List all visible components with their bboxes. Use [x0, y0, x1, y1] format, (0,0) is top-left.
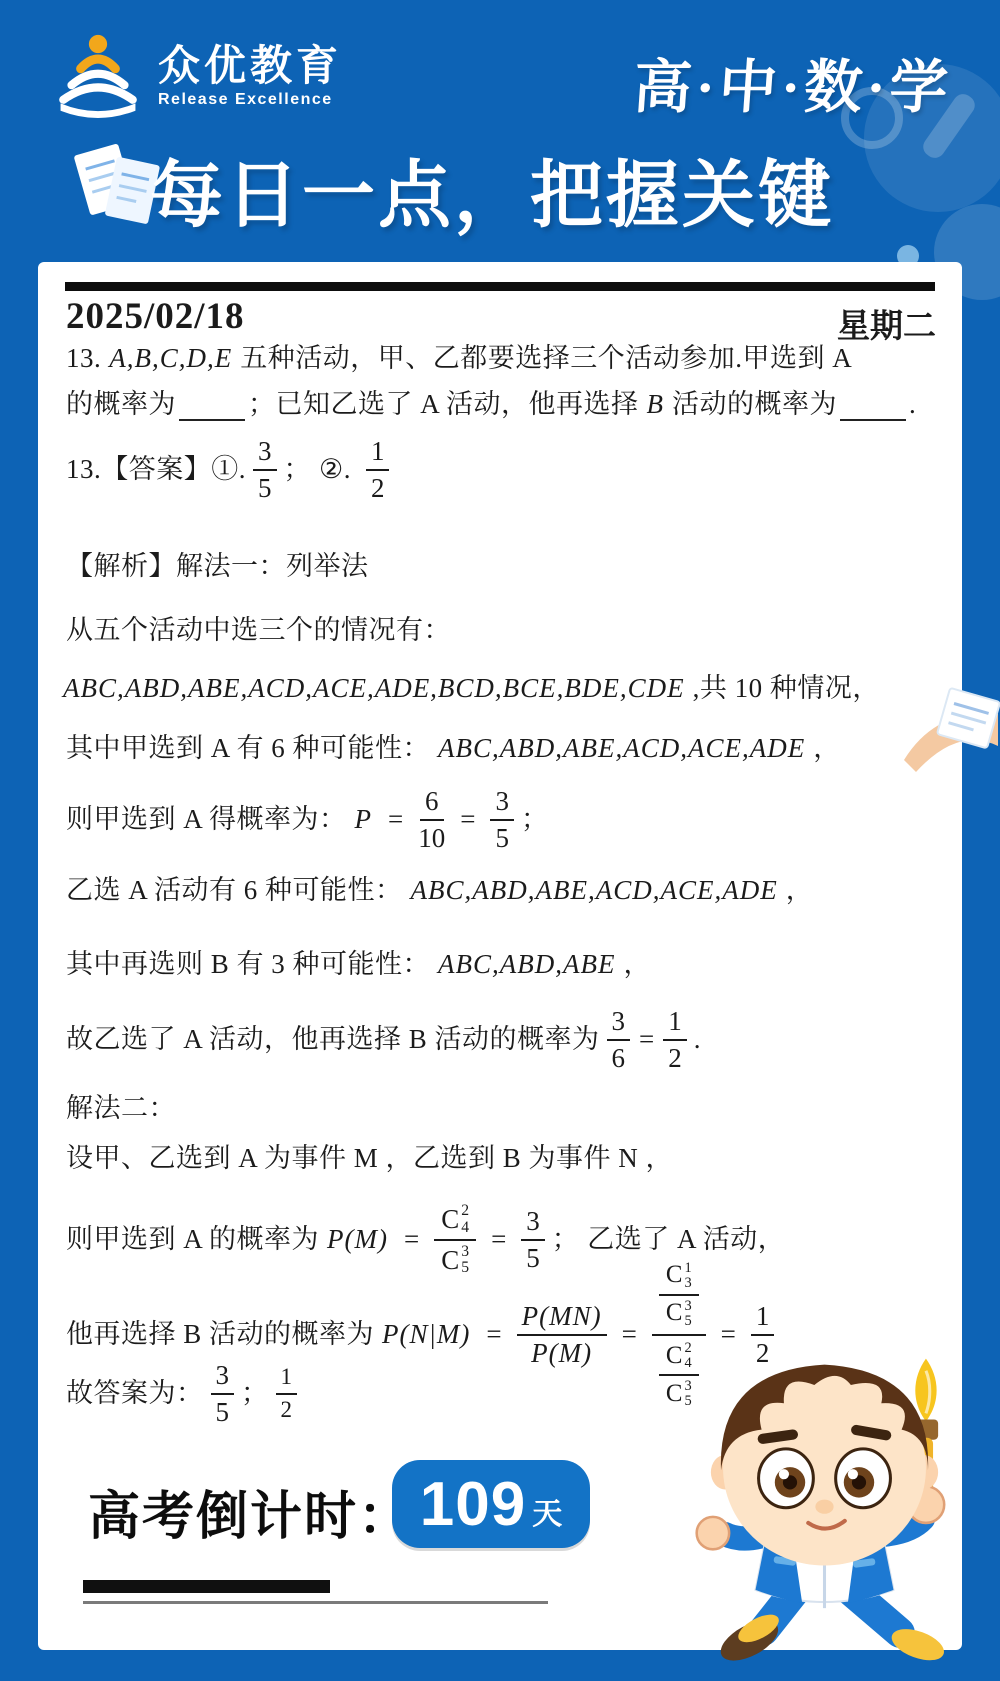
- brand-logo: 众优教育 Release Excellence: [52, 34, 342, 118]
- solution-line-1: 从五个活动中选三个的情况有：: [66, 614, 451, 648]
- footer-gray-line: [83, 1601, 548, 1604]
- text: ，: [813, 732, 841, 766]
- analysis-label: 【解析】解法一：列举法: [66, 550, 369, 584]
- date: 2025/02/18: [66, 295, 245, 338]
- denominator: 2: [371, 471, 385, 503]
- problem-line-1: 13. A,B,C,D,E 五种活动，甲、乙都要选择三个活动参加.甲选到 A: [66, 342, 852, 376]
- text: 设甲、乙选到 A 为事件 M ，乙选到 B 为事件 N ，: [66, 1142, 673, 1176]
- text: 的概率为: [66, 388, 176, 422]
- denominator: 5: [258, 471, 272, 503]
- text: 解法二：: [66, 1092, 176, 1126]
- math-letter: B: [647, 388, 665, 422]
- headline: 每日一点，把握关键: [150, 136, 834, 241]
- comb-superscript: 3: [684, 1299, 691, 1314]
- math-text: ABC,ABD,ABE: [438, 948, 615, 982]
- combination-symbol: C 13: [666, 1261, 692, 1291]
- solution-line-12: 故答案为： 3 5 ； 1 2: [66, 1358, 304, 1430]
- footer-black-bar: [83, 1580, 330, 1593]
- fraction: 1 2: [366, 437, 390, 503]
- solution-line-5: 乙选 A 活动有 6 种可能性： ABC,ABD,ABE,ACD,ACE,ADE…: [66, 874, 813, 908]
- brand-tagline: Release Excellence: [158, 91, 342, 109]
- numerator: P(MN): [517, 1302, 607, 1336]
- comb-subscript: 3: [684, 1276, 691, 1291]
- brand-name: 众优教育: [158, 43, 342, 89]
- solution-line-2: ABC,ABD,ABE,ACD,ACE,ADE,BCD,BCE,BDE,CDE …: [63, 672, 880, 706]
- comb-superscript: 2: [461, 1203, 469, 1219]
- blank-underline: [179, 389, 245, 421]
- text: ；: [241, 1377, 269, 1411]
- paper-scroll-decoration: [898, 686, 1000, 778]
- denominator: 2: [281, 1395, 293, 1423]
- text: 从五个活动中选三个的情况有：: [66, 614, 451, 648]
- text: ；: [284, 453, 312, 487]
- numerator: 3: [253, 437, 277, 471]
- answer-line: 13.【答案】①. 3 5 ； ②. 1 2: [66, 432, 396, 508]
- text: 故答案为：: [66, 1377, 204, 1411]
- fraction: 3 5: [490, 787, 514, 853]
- comb-base: C: [441, 1205, 459, 1234]
- denominator: 6: [612, 1041, 626, 1073]
- book-arcs-logo-icon: [52, 34, 144, 118]
- fraction: 1 2: [276, 1365, 298, 1423]
- text: 【解析】解法一：列举法: [66, 550, 369, 584]
- fraction: 3 5: [211, 1361, 235, 1427]
- blank-underline: [840, 389, 906, 421]
- text: ,共 10 种情况，: [693, 672, 880, 706]
- math-text: ABC,ABD,ABE,ACD,ACE,ADE: [438, 732, 805, 766]
- numerator: 3: [490, 787, 514, 821]
- equals-sign: =: [622, 1318, 637, 1352]
- fraction: 1 2: [663, 1007, 687, 1073]
- math-symbol: P: [355, 803, 373, 837]
- solution-line-8: 解法二：: [66, 1092, 176, 1126]
- subject-title: 高·中·数·学: [631, 40, 955, 124]
- comb-superscript: 1: [684, 1261, 691, 1276]
- text: ；: [521, 803, 549, 837]
- math-text: ABC,ABD,ABE,ACD,ACE,ADE,BCD,BCE,BDE,CDE: [63, 672, 685, 706]
- text: ②.: [319, 453, 351, 487]
- numerator: 3: [521, 1207, 545, 1241]
- numerator: 1: [663, 1007, 687, 1041]
- text: .: [694, 1023, 701, 1057]
- countdown-unit: 天: [532, 1489, 562, 1533]
- math-letters: A,B,C,D,E: [109, 342, 232, 376]
- text: 他再选择 B 活动的概率为: [66, 1318, 374, 1352]
- denominator: 2: [668, 1041, 682, 1073]
- denominator: 5: [495, 821, 509, 853]
- numerator: 6: [420, 787, 444, 821]
- fraction: 3 6: [607, 1007, 631, 1073]
- numerator: C 24: [434, 1203, 476, 1241]
- solution-line-9: 设甲、乙选到 A 为事件 M ，乙选到 B 为事件 N ，: [66, 1142, 673, 1176]
- text: ；已知乙选了 A 活动，他再选择: [248, 388, 639, 422]
- text: 活动的概率为: [672, 388, 837, 422]
- solution-line-7: 故乙选了 A 活动，他再选择 B 活动的概率为 3 6 = 1 2 .: [66, 998, 701, 1082]
- top-divider: [65, 282, 935, 291]
- equals-sign: =: [460, 803, 475, 837]
- math-symbol: P(N|M): [382, 1318, 470, 1352]
- countdown-badge: 109 天: [392, 1460, 590, 1548]
- equals-sign: =: [639, 1023, 654, 1057]
- mascot-boy: [672, 1318, 977, 1668]
- denominator: P(M): [531, 1336, 592, 1368]
- text: 乙选 A 活动有 6 种可能性：: [66, 874, 403, 908]
- fraction: 6 10: [418, 787, 445, 853]
- text: ，: [623, 948, 651, 982]
- solution-line-3: 其中甲选到 A 有 6 种可能性： ABC,ABD,ABE,ACD,ACE,AD…: [66, 732, 841, 766]
- text: 其中甲选到 A 有 6 种可能性：: [66, 732, 430, 766]
- countdown-days: 109: [420, 1469, 526, 1540]
- combination-symbol: C 24: [441, 1203, 469, 1236]
- problem-number: 13.: [66, 342, 101, 376]
- comb-base: C: [666, 1262, 683, 1289]
- comb-subscript: 4: [461, 1220, 469, 1236]
- text: .: [909, 388, 916, 422]
- text: ，: [786, 874, 814, 908]
- problem-line-2: 的概率为 ；已知乙选了 A 活动，他再选择 B 活动的概率为 .: [66, 388, 916, 422]
- fraction: P(MN) P(M): [517, 1302, 607, 1368]
- numerator: 3: [607, 1007, 631, 1041]
- countdown-label: 高考倒计时：: [88, 1474, 412, 1549]
- equals-sign: =: [486, 1318, 501, 1352]
- answer-prefix: 13.【答案】①.: [66, 453, 246, 487]
- denominator: 5: [216, 1395, 230, 1427]
- solution-line-4: 则甲选到 A 得概率为： P = 6 10 = 3 5 ；: [66, 780, 548, 860]
- weekday: 星期二: [837, 300, 936, 347]
- math-text: ABC,ABD,ABE,ACD,ACE,ADE: [411, 874, 778, 908]
- fraction: 3 5: [253, 437, 277, 503]
- text: 五种活动，甲、乙都要选择三个活动参加.甲选到 A: [240, 342, 852, 376]
- text: 故乙选了 A 活动，他再选择 B 活动的概率为: [66, 1023, 600, 1057]
- denominator: 10: [418, 821, 445, 853]
- text: 则甲选到 A 得概率为：: [66, 803, 347, 837]
- numerator: 1: [366, 437, 390, 471]
- numerator: 1: [276, 1365, 298, 1395]
- numerator: C 13: [659, 1261, 699, 1296]
- solution-line-6: 其中再选则 B 有 3 种可能性： ABC,ABD,ABE ，: [66, 948, 651, 982]
- equals-sign: =: [388, 803, 403, 837]
- numerator: 3: [211, 1361, 235, 1395]
- text: 其中再选则 B 有 3 种可能性：: [66, 948, 430, 982]
